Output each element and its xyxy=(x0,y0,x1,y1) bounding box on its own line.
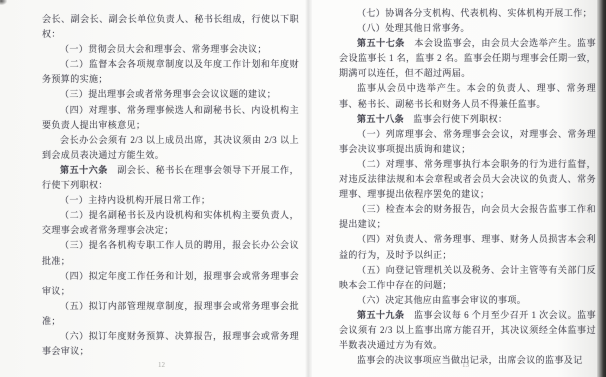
scanned-document-spread: 会长、副会长、副会长单位负责人、秘书长组成，行使以下职权：（一）贯彻会员大会和理… xyxy=(0,0,606,377)
article-number: 第五十九条 xyxy=(357,310,404,320)
paragraph: （一）列席理事会、常务理事会会议，对理事会、常务理事会决议事项提出质询和建议； xyxy=(339,127,596,157)
paragraph: （五）向登记管理机关以及税务、会计主管等有关部门反映本会工作中存在的问题； xyxy=(339,263,596,293)
page-number: 12 xyxy=(158,361,165,369)
paragraph: （四）拟定年度工作任务和计划，报理事会或常务理事会审议； xyxy=(42,269,299,299)
book-edge-shadow xyxy=(597,0,606,377)
article-number: 第五十七条 xyxy=(357,38,405,48)
paragraph: （二）监督本会各项规章制度以及年度工作计划和年度财务预算的实施； xyxy=(42,57,299,87)
paragraph: （一）贯彻会员大会和理事会、常务理事会决议； xyxy=(42,42,299,57)
page-gutter-seam xyxy=(305,0,312,377)
paragraph: （二）提名副秘书长及内设机构和实体机构主要负责人，交理事会或者常务理事会决定； xyxy=(42,208,299,238)
scan-artifact xyxy=(0,0,7,5)
article-paragraph: 第五十九条 监事会议每 6 个月至少召开 1 次会议。监事会议须有 2/3 以上… xyxy=(339,308,596,353)
paragraph: 会长、副会长、副会长单位负责人、秘书长组成，行使以下职权： xyxy=(42,12,299,42)
article-number: 第五十六条 xyxy=(60,165,108,175)
paragraph: （四）对负责人、常务理事、理事、财务人员损害本会利益的行为，及时予以纠正； xyxy=(339,232,596,262)
paragraph: （二）对理事、常务理事执行本会职务的行为进行监督，对违反法律法规和本会章程或者会… xyxy=(339,157,596,202)
paragraph: （三）检查本会的财务报告，向会员大会报告监事工作和提出建议； xyxy=(339,202,596,232)
page-left-text-column: 会长、副会长、副会长单位负责人、秘书长组成，行使以下职权：（一）贯彻会员大会和理… xyxy=(42,12,299,359)
paragraph: （四）对理事、常务理事候选人和副秘书长、内设机构主要负责人提出审核意见； xyxy=(42,103,299,133)
paragraph: （六）拟订年度财务预算、决算报告，报理事会或常务理事会审议； xyxy=(42,329,299,359)
article-number: 第五十八条 xyxy=(357,114,404,124)
page-right-text-column: （七）协调各分支机构、代表机构、实体机构开展工作；（八）处理其他日常事务。第五十… xyxy=(339,6,596,368)
paragraph: 监事从会员中选举产生。本会的负责人、理事、常务理事、秘书长、副秘书长和财务人员不… xyxy=(339,81,596,111)
paragraph: （一）主持内设机构开展日常工作； xyxy=(42,193,299,208)
page-number: 13 xyxy=(462,361,469,369)
paragraph: 会长办公会须有 2/3 以上成员出席，其决议须由 2/3 以上到会成员表决通过方… xyxy=(42,133,299,163)
paragraph: （七）协调各分支机构、代表机构、实体机构开展工作； xyxy=(339,6,596,21)
article-paragraph: 第五十八条 监事会行使下列职权： xyxy=(339,112,596,127)
paragraph: （三）提名各机构专职工作人员的聘用，报会长办公会议批准； xyxy=(42,238,299,268)
paragraph: （三）提出理事会或者常务理事会会议议题的建议； xyxy=(42,87,299,102)
paragraph: （六）决定其他应由监事会审议的事项。 xyxy=(339,293,596,308)
article-paragraph: 第五十七条 本会设监事会，由会员大会选举产生。监事会设监事长 1 名，监事 2 … xyxy=(339,36,596,81)
article-paragraph: 第五十六条 副会长、秘书长在理事会领导下开展工作，行使下列职权： xyxy=(42,163,299,193)
paragraph: （五）拟订内部管理规章制度，报理事会或常务理事会批准； xyxy=(42,299,299,329)
paragraph: （八）处理其他日常事务。 xyxy=(339,21,596,36)
